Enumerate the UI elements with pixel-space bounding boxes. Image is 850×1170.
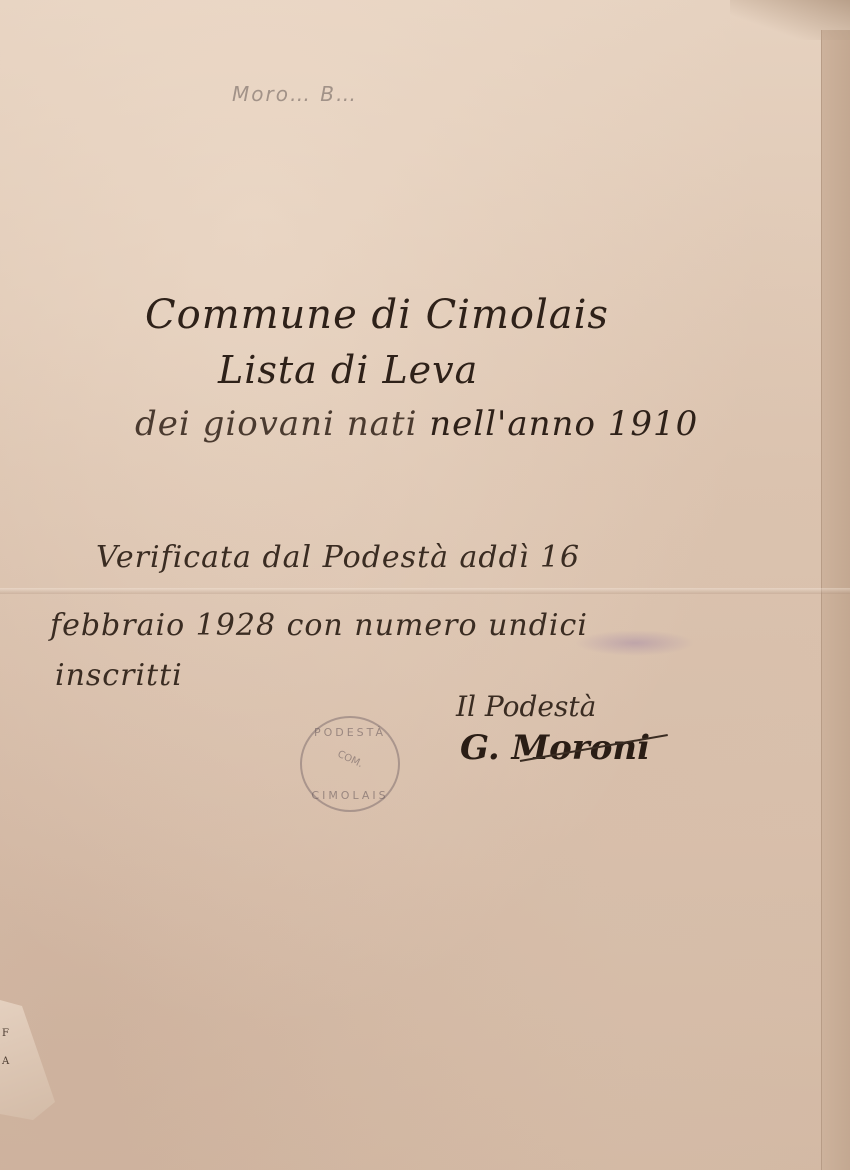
stamp-bottom-text: CIMOLAIS xyxy=(302,789,398,802)
corner-fragment-text: F A xyxy=(2,1020,9,1076)
heading-line-3: dei giovani nati nell'anno 1910 xyxy=(135,404,698,444)
ink-smudge xyxy=(575,630,695,656)
corner-fragment-line-2: A xyxy=(2,1048,9,1076)
page-fold xyxy=(0,588,850,594)
verification-line-1: Verificata dal Podestà addì 16 xyxy=(96,540,580,575)
signature-title: Il Podestà xyxy=(456,690,596,723)
verification-line-3: inscritti xyxy=(55,658,183,693)
page-tear xyxy=(730,0,850,40)
heading-line-3-prefix: dei giovani nati xyxy=(135,404,417,444)
heading-line-2: Lista di Leva xyxy=(218,348,478,392)
signature-name: G. Moroni xyxy=(460,728,650,768)
heading-line-3-suffix: nell'anno 1910 xyxy=(429,404,698,444)
corner-fragment-line-1: F xyxy=(2,1020,9,1048)
page-edge xyxy=(821,30,850,1170)
stamp-middle-text: COM. xyxy=(304,734,396,785)
document-page: Moro… B… Commune di Cimolais Lista di Le… xyxy=(0,0,850,1170)
pencil-annotation: Moro… B… xyxy=(232,82,358,106)
official-stamp: PODESTÀ COM. CIMOLAIS xyxy=(300,716,400,812)
verification-line-2: febbraio 1928 con numero undici xyxy=(50,608,588,643)
heading-line-1: Commune di Cimolais xyxy=(145,292,609,338)
